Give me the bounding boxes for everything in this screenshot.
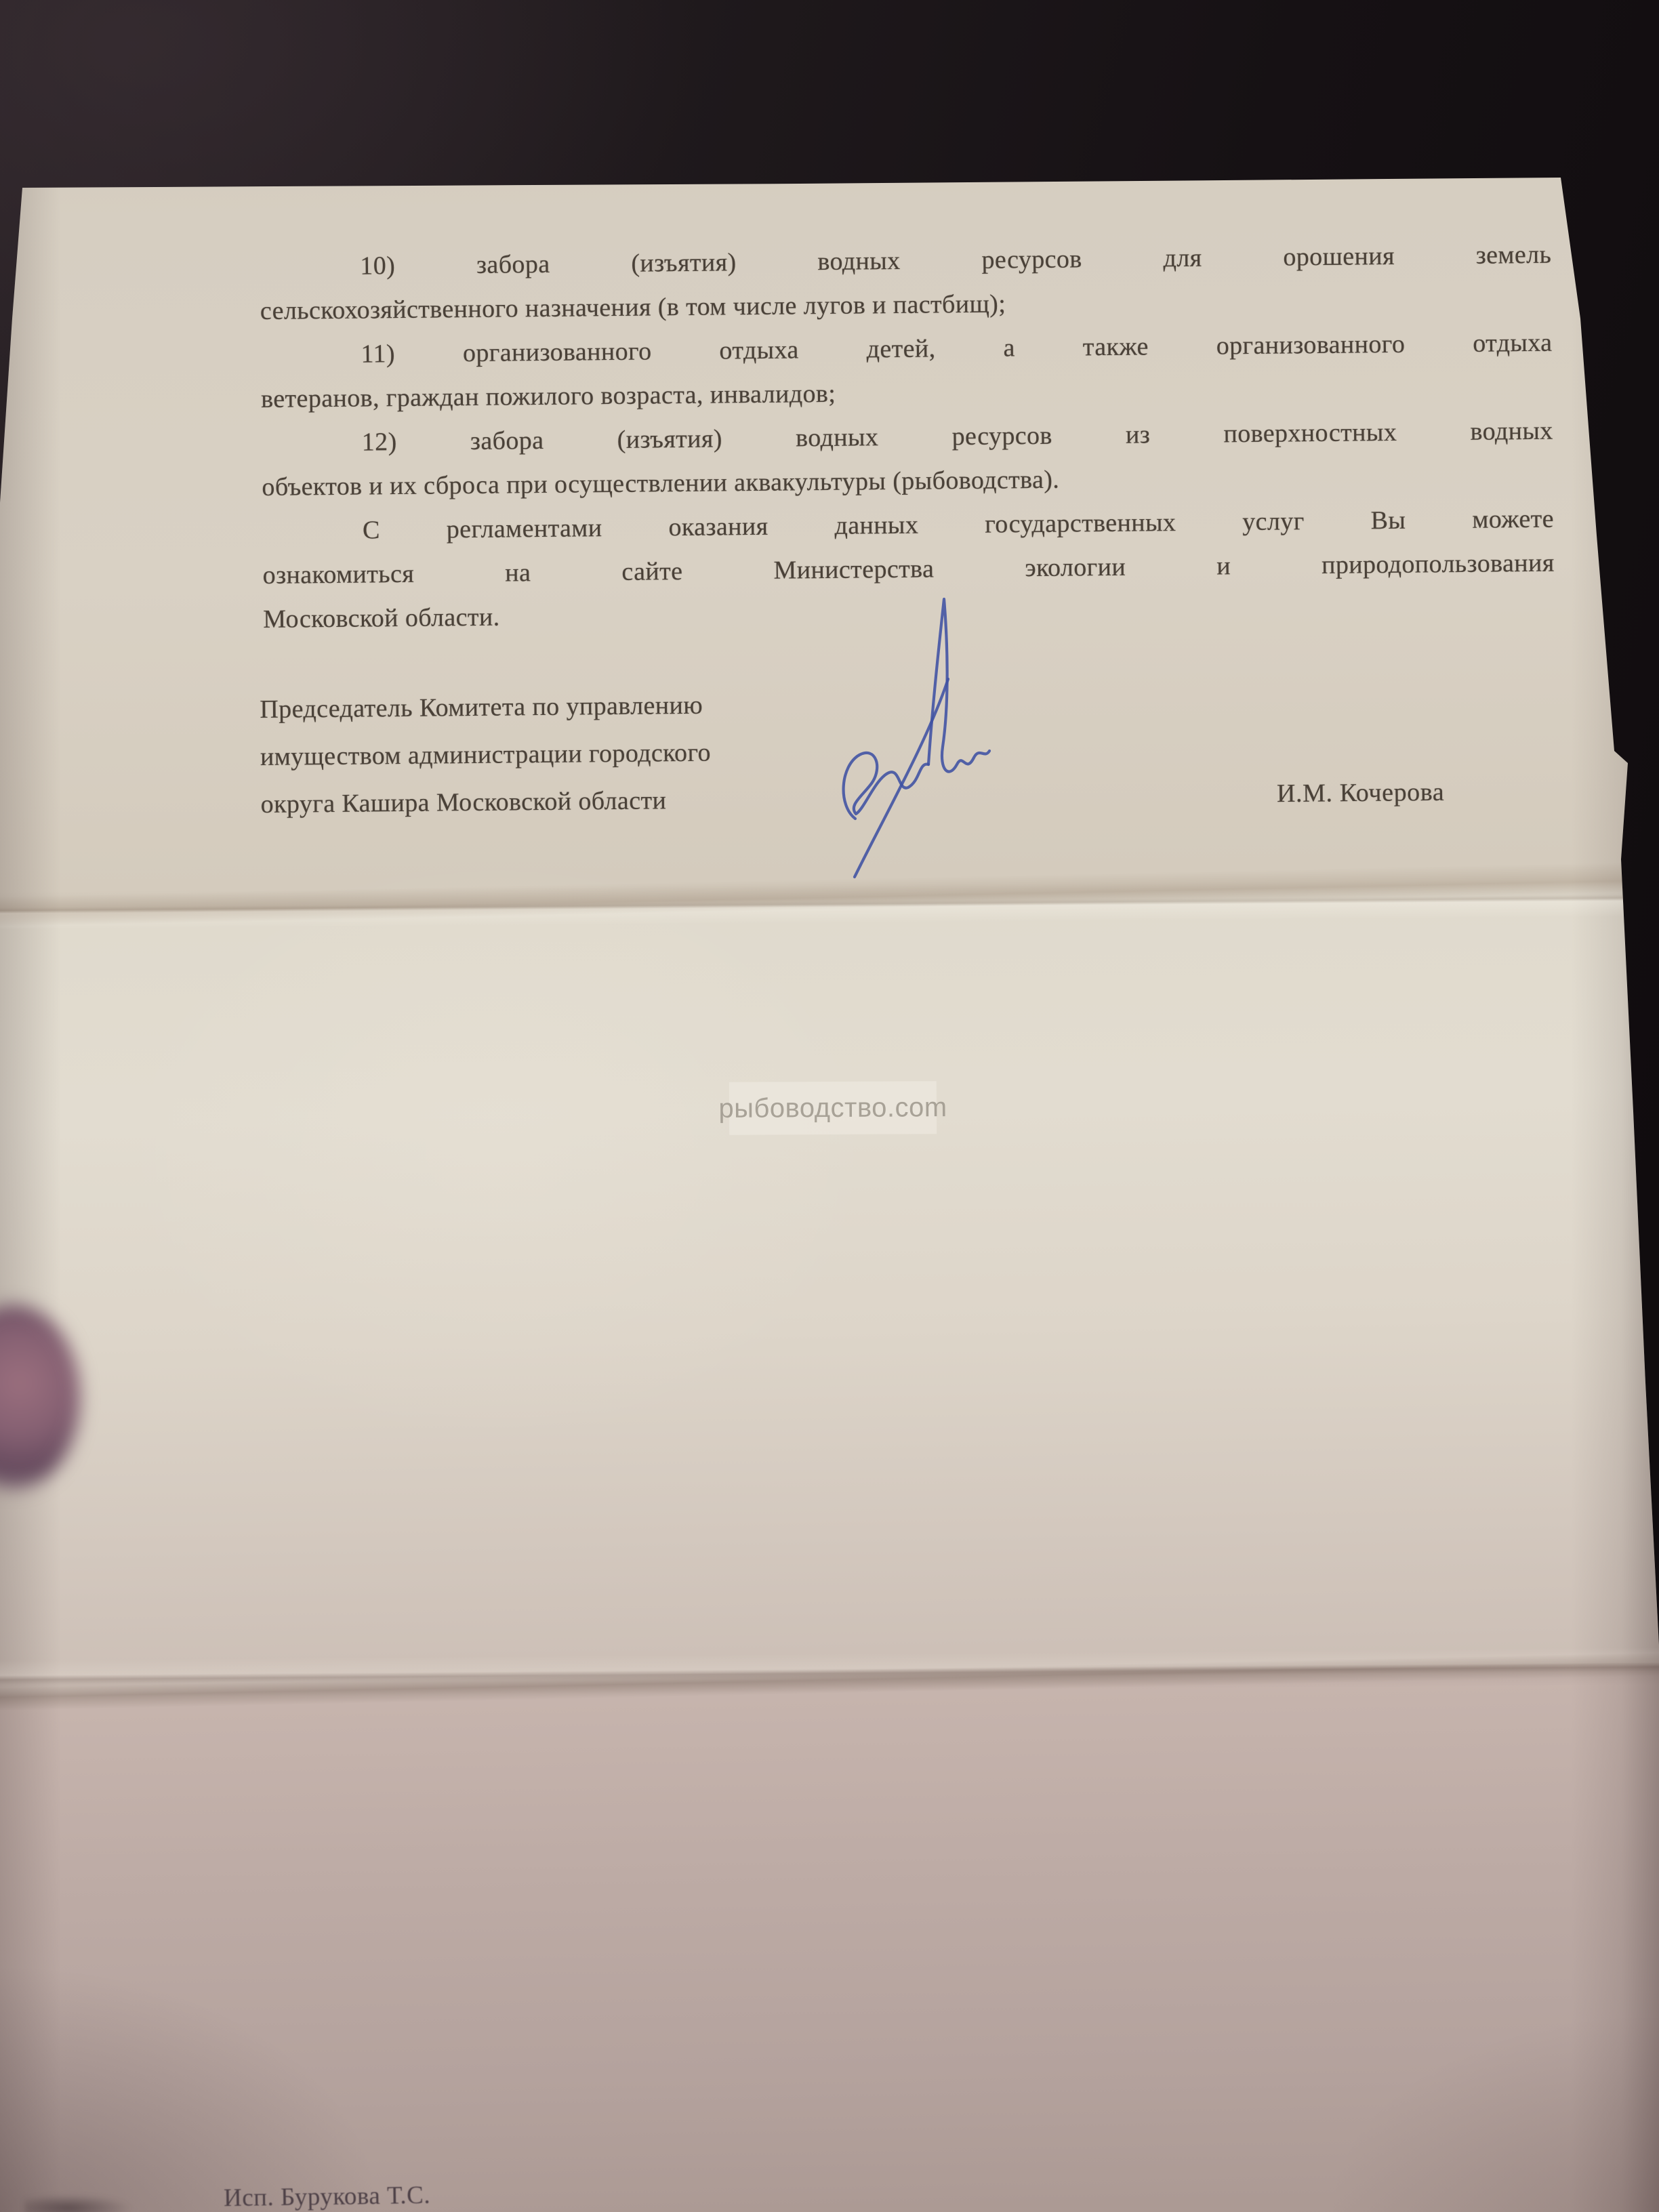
signer-name: И.М. Кочерова [1277, 777, 1445, 808]
signature-ink [773, 562, 1057, 901]
watermark-text: рыбоводство.com [718, 1092, 947, 1124]
executor-line: Исп. Бурукова Т.С. [224, 2181, 431, 2212]
document-page: 10) забора (изъятия) водных ресурсов для… [0, 0, 1659, 2212]
ink-smudge [24, 2194, 133, 2212]
photo-scene: 10) забора (изъятия) водных ресурсов для… [0, 0, 1659, 2212]
watermark-badge: рыбоводство.com [729, 1081, 937, 1135]
